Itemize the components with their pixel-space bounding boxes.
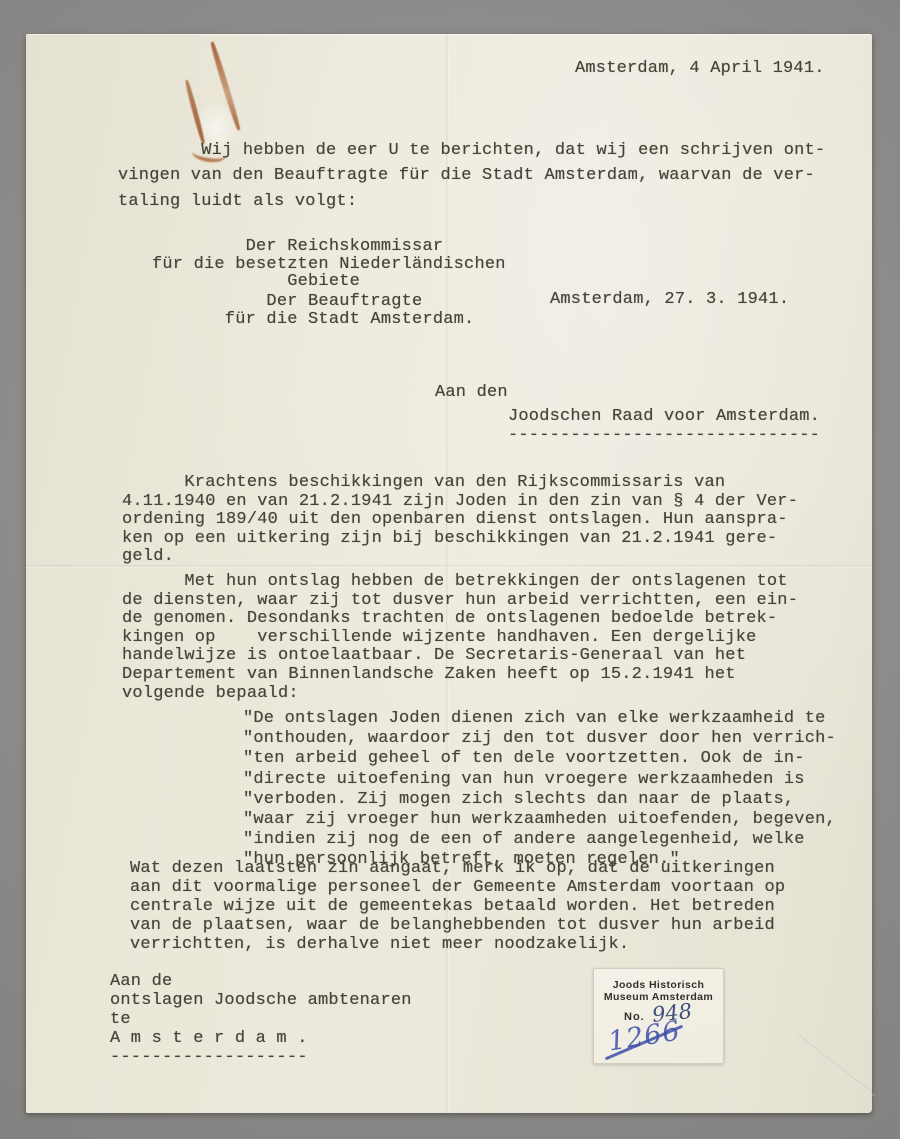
corner-crease xyxy=(796,1033,876,1096)
intro-paragraph: Wij hebben de eer U te berichten, dat wi… xyxy=(118,138,825,214)
letterhead-office: Der Beauftragte für die Stadt Amsterdam. xyxy=(152,293,474,328)
quoted-decree-block: "De ontslagen Joden dienen zich van elke… xyxy=(243,709,836,871)
body-paragraph-1: Krachtens beschikkingen van den Rijkscom… xyxy=(122,474,798,567)
recipient-salutation: Aan den xyxy=(435,384,508,403)
recipient-name: Joodschen Raad voor Amsterdam. ---------… xyxy=(508,408,820,445)
letterhead-date: Amsterdam, 27. 3. 1941. xyxy=(550,291,789,310)
letter-document: Amsterdam, 4 April 1941. Wij hebben de e… xyxy=(26,34,872,1113)
letterhead-org: Der Reichskommissar für die besetzten Ni… xyxy=(152,238,506,291)
body-paragraph-2: Met hun ontslag hebben de betrekkingen d… xyxy=(122,573,798,703)
body-paragraph-3: Wat dezen laatsten zin aangaat, merk ik … xyxy=(130,859,785,954)
letter-date: Amsterdam, 4 April 1941. xyxy=(575,60,825,79)
address-block: Aan de ontslagen Joodsche ambtenaren te … xyxy=(110,972,412,1067)
stamp-text-line1: Joods Historisch xyxy=(594,979,723,991)
museum-archive-stamp: Joods Historisch Museum Amsterdam No. 94… xyxy=(593,968,724,1064)
stamp-text-line2: Museum Amsterdam xyxy=(594,991,723,1003)
